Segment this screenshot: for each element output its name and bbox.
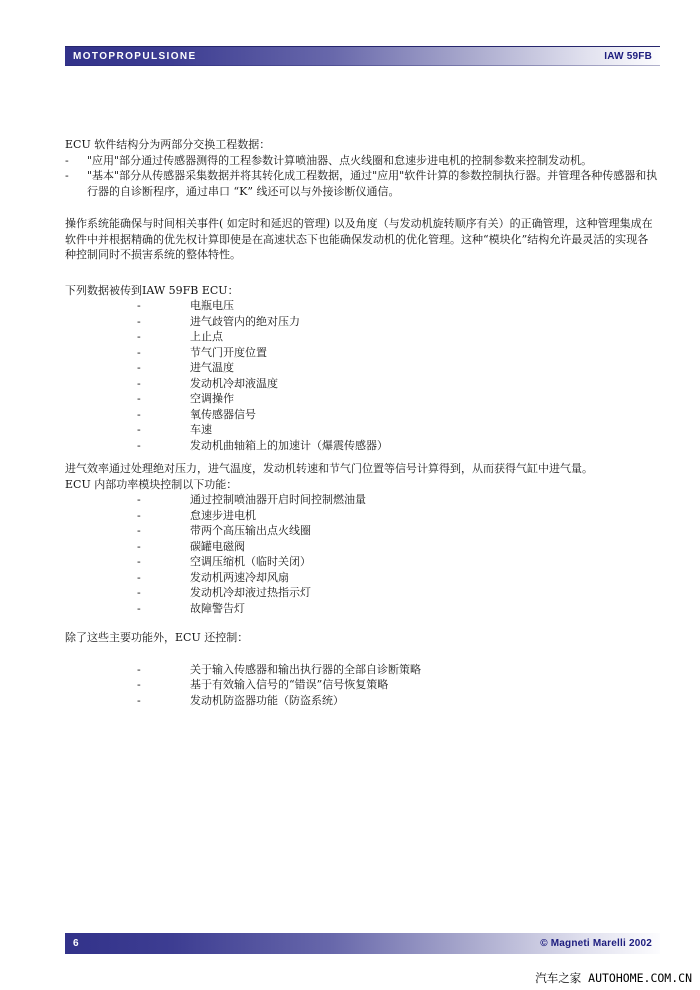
list-item: - 碳罐电磁阀 [65,539,658,555]
list-item-text: 空调压缩机（临时关闭） [190,554,658,570]
list-item-text: 发动机两速冷却风扇 [190,570,658,586]
list-item: - 故障警告灯 [65,601,658,617]
bullet-dash: - [137,438,190,454]
intro-bullet-list: - "应用"部分通过传感器测得的工程参数计算喷油器、点火线圈和怠速步进电机的控制… [65,153,658,200]
list-item: - 发动机冷却液过热指示灯 [65,585,658,601]
header-model-label: IAW 59FB [604,51,652,62]
list-item-text: 进气歧管内的绝对压力 [190,314,658,330]
list-item: - 发动机冷却液温度 [65,376,658,392]
extra-heading: 除了这些主要功能外，ECU 还控制： [65,630,658,646]
bullet-dash: - [137,677,190,693]
outputs-heading: ECU 内部功率模块控制以下功能： [65,477,658,493]
document-body: ECU 软件结构分为两部分交换工程数据： - "应用"部分通过传感器测得的工程参… [65,137,658,708]
list-item-text: 带两个高压输出点火线圈 [190,523,658,539]
header-section-title: MOTOPROPULSIONE [73,51,197,62]
list-item: - 带两个高压输出点火线圈 [65,523,658,539]
paragraph-intake-efficiency: 进气效率通过处理绝对压力，进气温度，发动机转速和节气门位置等信号计算得到，从而获… [65,461,658,477]
list-item: - 空调压缩机（临时关闭） [65,554,658,570]
list-item-text: "基本"部分从传感器采集数据并将其转化成工程数据，通过"应用"软件计算的参数控制… [87,168,658,199]
bullet-dash: - [137,298,190,314]
list-item-text: 发动机冷却液过热指示灯 [190,585,658,601]
list-item-text: 故障警告灯 [190,601,658,617]
watermark-site-url: AUTOHOME.COM.CN [588,971,692,985]
bullet-dash: - [137,376,190,392]
list-item: - 上止点 [65,329,658,345]
bullet-dash: - [65,153,87,169]
bullet-dash: - [137,570,190,586]
list-item: - 基于有效输入信号的“错误”信号恢复策略 [65,677,658,693]
list-item: - 进气歧管内的绝对压力 [65,314,658,330]
inputs-list: - 电瓶电压 - 进气歧管内的绝对压力 - 上止点 - 节气门开度位置 - 进气… [65,298,658,453]
bullet-dash: - [137,601,190,617]
list-item: - 关于输入传感器和输出执行器的全部自诊断策略 [65,662,658,678]
list-item-text: 上止点 [190,329,658,345]
document-page: MOTOPROPULSIONE IAW 59FB ECU 软件结构分为两部分交换… [0,0,700,990]
watermark: 汽车之家 AUTOHOME.COM.CN [535,970,692,986]
list-item: - 通过控制喷油器开启时间控制燃油量 [65,492,658,508]
list-item: - 车速 [65,422,658,438]
bullet-dash: - [137,554,190,570]
extra-list: - 关于输入传感器和输出执行器的全部自诊断策略 - 基于有效输入信号的“错误”信… [65,662,658,709]
bullet-dash: - [137,329,190,345]
bullet-dash: - [137,422,190,438]
intro-heading: ECU 软件结构分为两部分交换工程数据： [65,137,658,153]
list-item: - "应用"部分通过传感器测得的工程参数计算喷油器、点火线圈和怠速步进电机的控制… [65,153,658,169]
list-item: - 发动机防盗器功能（防盗系统） [65,693,658,709]
list-item: - 电瓶电压 [65,298,658,314]
list-item-text: 空调操作 [190,391,658,407]
list-item-text: 怠速步进电机 [190,508,658,524]
list-item: - 氧传感器信号 [65,407,658,423]
list-item-text: 基于有效输入信号的“错误”信号恢复策略 [190,677,658,693]
list-item-text: 氧传感器信号 [190,407,658,423]
bullet-dash: - [137,360,190,376]
bullet-dash: - [137,407,190,423]
list-item-text: 发动机防盗器功能（防盗系统） [190,693,658,709]
list-item-text: 车速 [190,422,658,438]
header-bar: MOTOPROPULSIONE IAW 59FB [65,46,660,66]
bullet-dash: - [65,168,87,184]
outputs-list: - 通过控制喷油器开启时间控制燃油量 - 怠速步进电机 - 带两个高压输出点火线… [65,492,658,616]
list-item-text: 电瓶电压 [190,298,658,314]
list-item-text: 关于输入传感器和输出执行器的全部自诊断策略 [190,662,658,678]
list-item-text: 发动机冷却液温度 [190,376,658,392]
list-item-text: 进气温度 [190,360,658,376]
page-number: 6 [73,938,80,949]
footer-bar: 6 © Magneti Marelli 2002 [65,933,660,954]
list-item: - "基本"部分从传感器采集数据并将其转化成工程数据，通过"应用"软件计算的参数… [65,168,658,199]
bullet-dash: - [137,539,190,555]
list-item: - 发动机曲轴箱上的加速计（爆震传感器） [65,438,658,454]
list-item-text: 发动机曲轴箱上的加速计（爆震传感器） [190,438,658,454]
paragraph-operating-system: 操作系统能确保与时间相关事件( 如定时和延迟的管理) 以及角度（与发动机旋转顺序… [65,216,658,263]
list-item: - 发动机两速冷却风扇 [65,570,658,586]
watermark-site-name: 汽车之家 [535,971,581,985]
list-item-text: 节气门开度位置 [190,345,658,361]
list-item-text: 碳罐电磁阀 [190,539,658,555]
bullet-dash: - [137,492,190,508]
list-item-text: "应用"部分通过传感器测得的工程参数计算喷油器、点火线圈和怠速步进电机的控制参数… [87,153,658,169]
list-item: - 怠速步进电机 [65,508,658,524]
bullet-dash: - [137,345,190,361]
bullet-dash: - [137,314,190,330]
copyright: © Magneti Marelli 2002 [540,938,652,949]
list-item-text: 通过控制喷油器开启时间控制燃油量 [190,492,658,508]
bullet-dash: - [137,508,190,524]
list-item: - 节气门开度位置 [65,345,658,361]
bullet-dash: - [137,585,190,601]
bullet-dash: - [137,662,190,678]
list-item: - 空调操作 [65,391,658,407]
bullet-dash: - [137,693,190,709]
list-item: - 进气温度 [65,360,658,376]
bullet-dash: - [137,391,190,407]
inputs-heading: 下列数据被传到IAW 59FB ECU： [65,283,658,299]
bullet-dash: - [137,523,190,539]
